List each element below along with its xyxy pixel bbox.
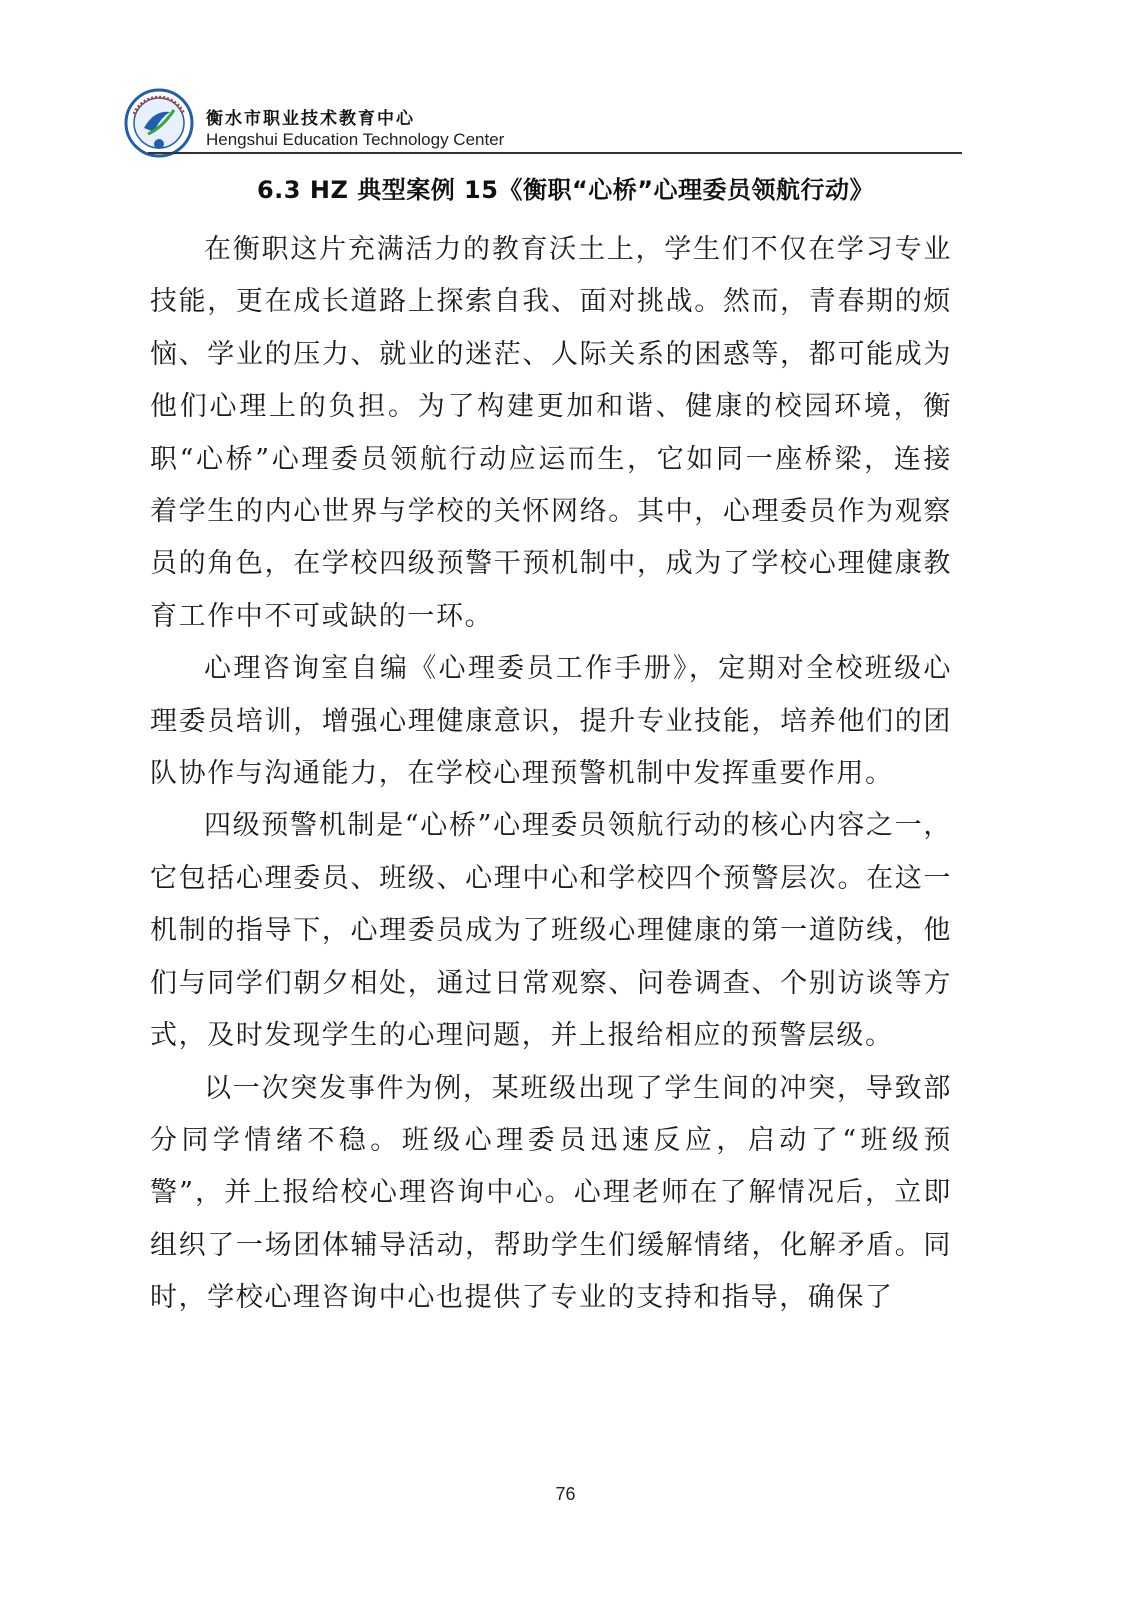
paragraph: 在衡职这片充满活力的教育沃土上，学生们不仅在学习专业技能，更在成长道路上探索自我… [150,224,952,643]
paragraph: 以一次突发事件为例，某班级出现了学生间的冲突，导致部分同学情绪不稳。班级心理委员… [150,1063,952,1325]
header-divider [148,152,962,154]
page-number: 76 [0,1484,1131,1505]
school-emblem-icon [124,88,194,158]
page-header: 衡水市职业技术教育中心 Hengshui Education Technolog… [124,88,962,154]
org-name-cn: 衡水市职业技术教育中心 [206,104,415,129]
paragraph: 四级预警机制是“心桥”心理委员领航行动的核心内容之一，它包括心理委员、班级、心理… [150,800,952,1062]
section-title: 6.3 HZ 典型案例 15《衡职“心桥”心理委员领航行动》 [0,170,1131,205]
body-text: 在衡职这片充满活力的教育沃土上，学生们不仅在学习专业技能，更在成长道路上探索自我… [150,224,952,1325]
paragraph: 心理咨询室自编《心理委员工作手册》，定期对全校班级心理委员培训，增强心理健康意识… [150,643,952,800]
org-name-en: Hengshui Education Technology Center [206,130,504,150]
